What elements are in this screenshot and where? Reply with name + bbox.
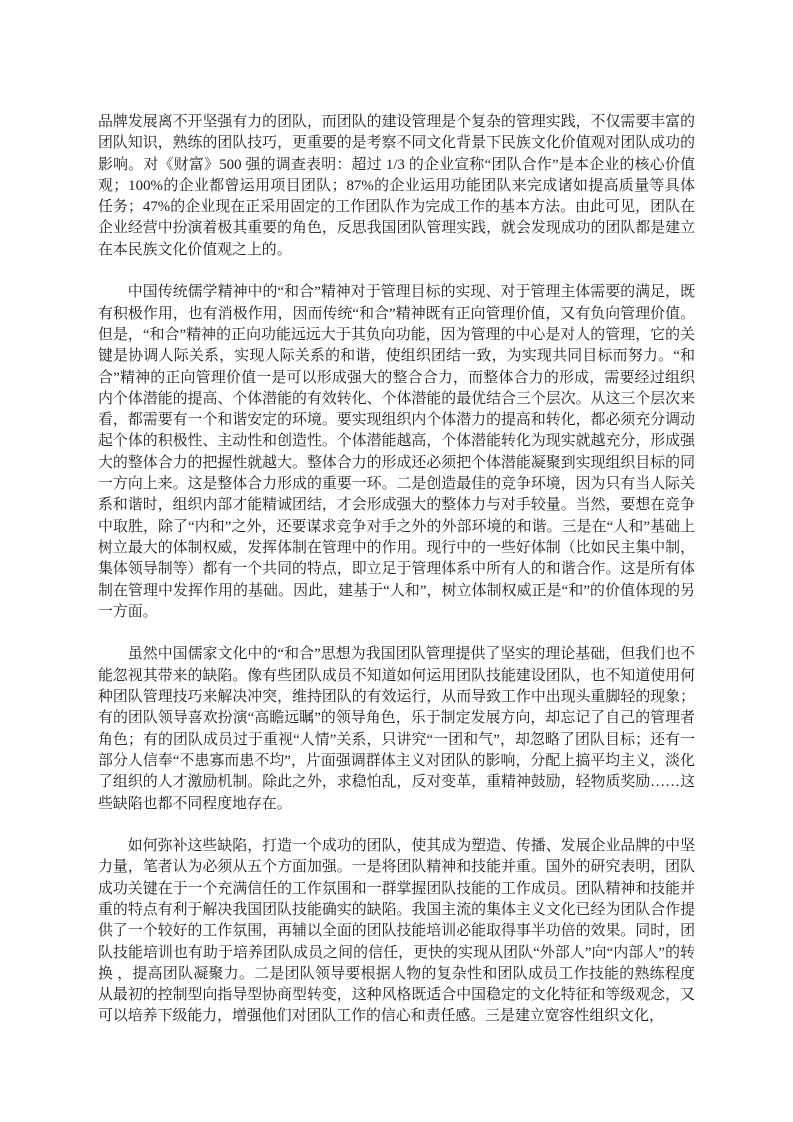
paragraph-1: 品牌发展离不开坚强有力的团队，而团队的建设管理是个复杂的管理实践，不仅需要丰富的… [98,112,695,261]
paragraph-4: 如何弥补这些缺陷，打造一个成功的团队，使其成为塑造、传播、发展企业品牌的中坚力量… [98,836,695,1028]
document-text-block: 品牌发展离不开坚强有力的团队，而团队的建设管理是个复杂的管理实践，不仅需要丰富的… [98,112,695,1028]
paragraph-3: 虽然中国儒家文化中的“和合”思想为我国团队管理提供了坚实的理论基础，但我们也不能… [98,644,695,814]
paragraph-2: 中国传统儒学精神中的“和合”精神对于管理目标的实现、对于管理主体需要的满足，既有… [98,282,695,623]
document-page: 品牌发展离不开坚强有力的团队，而团队的建设管理是个复杂的管理实践，不仅需要丰富的… [0,0,793,1122]
